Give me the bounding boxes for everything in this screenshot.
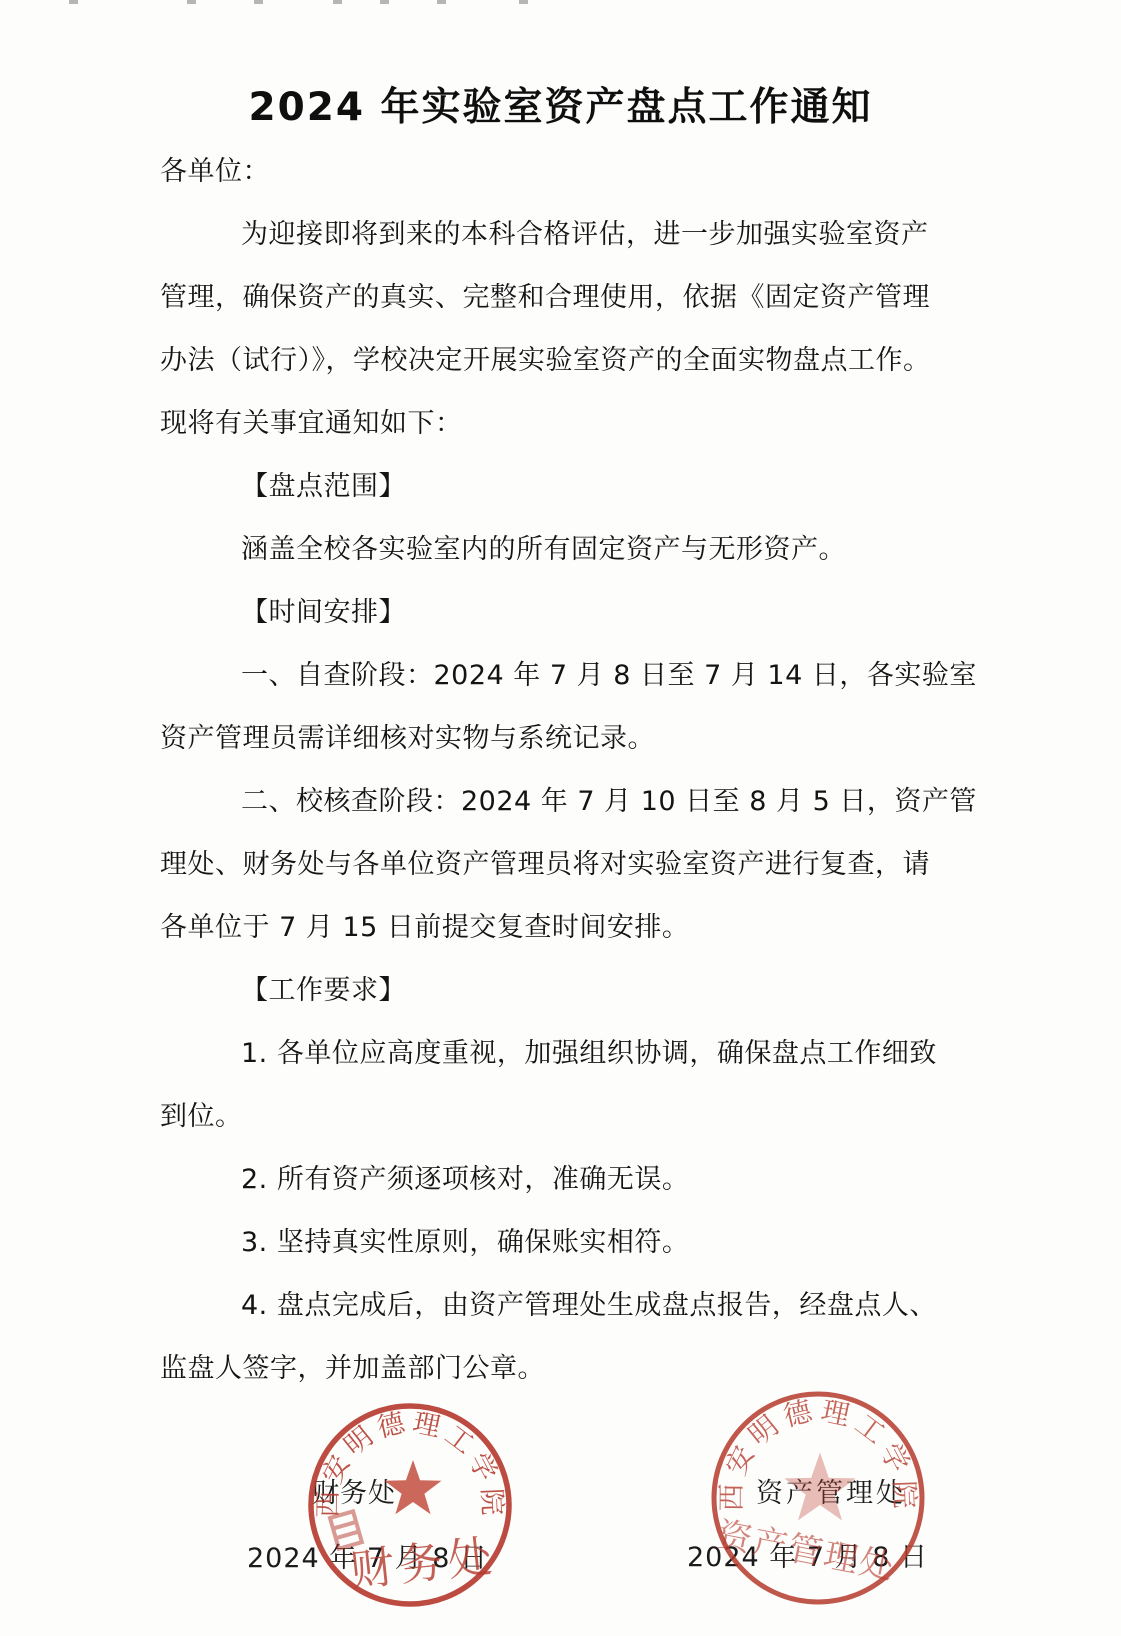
scan-artifact <box>333 0 342 4</box>
seal-bottom-text: 财务处 <box>348 1531 500 1597</box>
document-body: 各单位：为迎接即将到来的本科合格评估，进一步加强实验室资产管理，确保资产的真实、… <box>160 140 970 1400</box>
body-line: 各单位： <box>160 140 970 203</box>
star-icon <box>385 1460 442 1514</box>
seal-ghost-mark <box>330 1511 362 1548</box>
scan-artifact <box>437 0 446 4</box>
scan-artifact <box>187 0 196 4</box>
body-line: 1. 各单位应高度重视，加强组织协调，确保盘点工作细致 <box>160 1022 970 1085</box>
body-line: 4. 盘点完成后，由资产管理处生成盘点报告，经盘点人、 <box>160 1274 970 1337</box>
body-line: 涵盖全校各实验室内的所有固定资产与无形资产。 <box>160 518 970 581</box>
body-line: 3. 坚持真实性原则，确保账实相符。 <box>160 1211 970 1274</box>
scan-artifact <box>519 0 528 4</box>
body-line: 理处、财务处与各单位资产管理员将对实验室资产进行复查，请 <box>160 833 970 896</box>
body-line: 管理，确保资产的真实、完整和合理使用，依据《固定资产管理 <box>160 266 970 329</box>
body-line: 资产管理员需详细核对实物与系统记录。 <box>160 707 970 770</box>
body-line: 到位。 <box>160 1085 970 1148</box>
scanned-notice-page: 2024 年实验室资产盘点工作通知 各单位：为迎接即将到来的本科合格评估，进一步… <box>0 0 1121 1636</box>
body-line: 【时间安排】 <box>160 581 970 644</box>
star-icon <box>784 1453 855 1521</box>
body-line: 现将有关事宜通知如下： <box>160 392 970 455</box>
seal-bottom-text: 资产管理处 <box>714 1515 898 1589</box>
body-line: 为迎接即将到来的本科合格评估，进一步加强实验室资产 <box>160 203 970 266</box>
body-line: 二、校核查阶段：2024 年 7 月 10 日至 8 月 5 日，资产管 <box>160 770 970 833</box>
scan-artifact <box>254 0 263 4</box>
body-line: 一、自查阶段：2024 年 7 月 8 日至 7 月 14 日，各实验室 <box>160 644 970 707</box>
body-line: 各单位于 7 月 15 日前提交复查时间安排。 <box>160 896 970 959</box>
scan-artifact <box>380 0 389 4</box>
scan-artifact <box>69 0 78 4</box>
body-line: 【盘点范围】 <box>160 455 970 518</box>
document-title: 2024 年实验室资产盘点工作通知 <box>0 76 1121 132</box>
body-line: 办法（试行）》，学校决定开展实验室资产的全面实物盘点工作。 <box>160 329 970 392</box>
body-line: 2. 所有资产须逐项核对，准确无误。 <box>160 1148 970 1211</box>
asset-management-seal: 西安明德理工学院 资产管理处 <box>704 1383 938 1619</box>
body-line: 【工作要求】 <box>160 959 970 1022</box>
finance-seal: 西安明德理工学院 财务处 <box>305 1396 517 1628</box>
